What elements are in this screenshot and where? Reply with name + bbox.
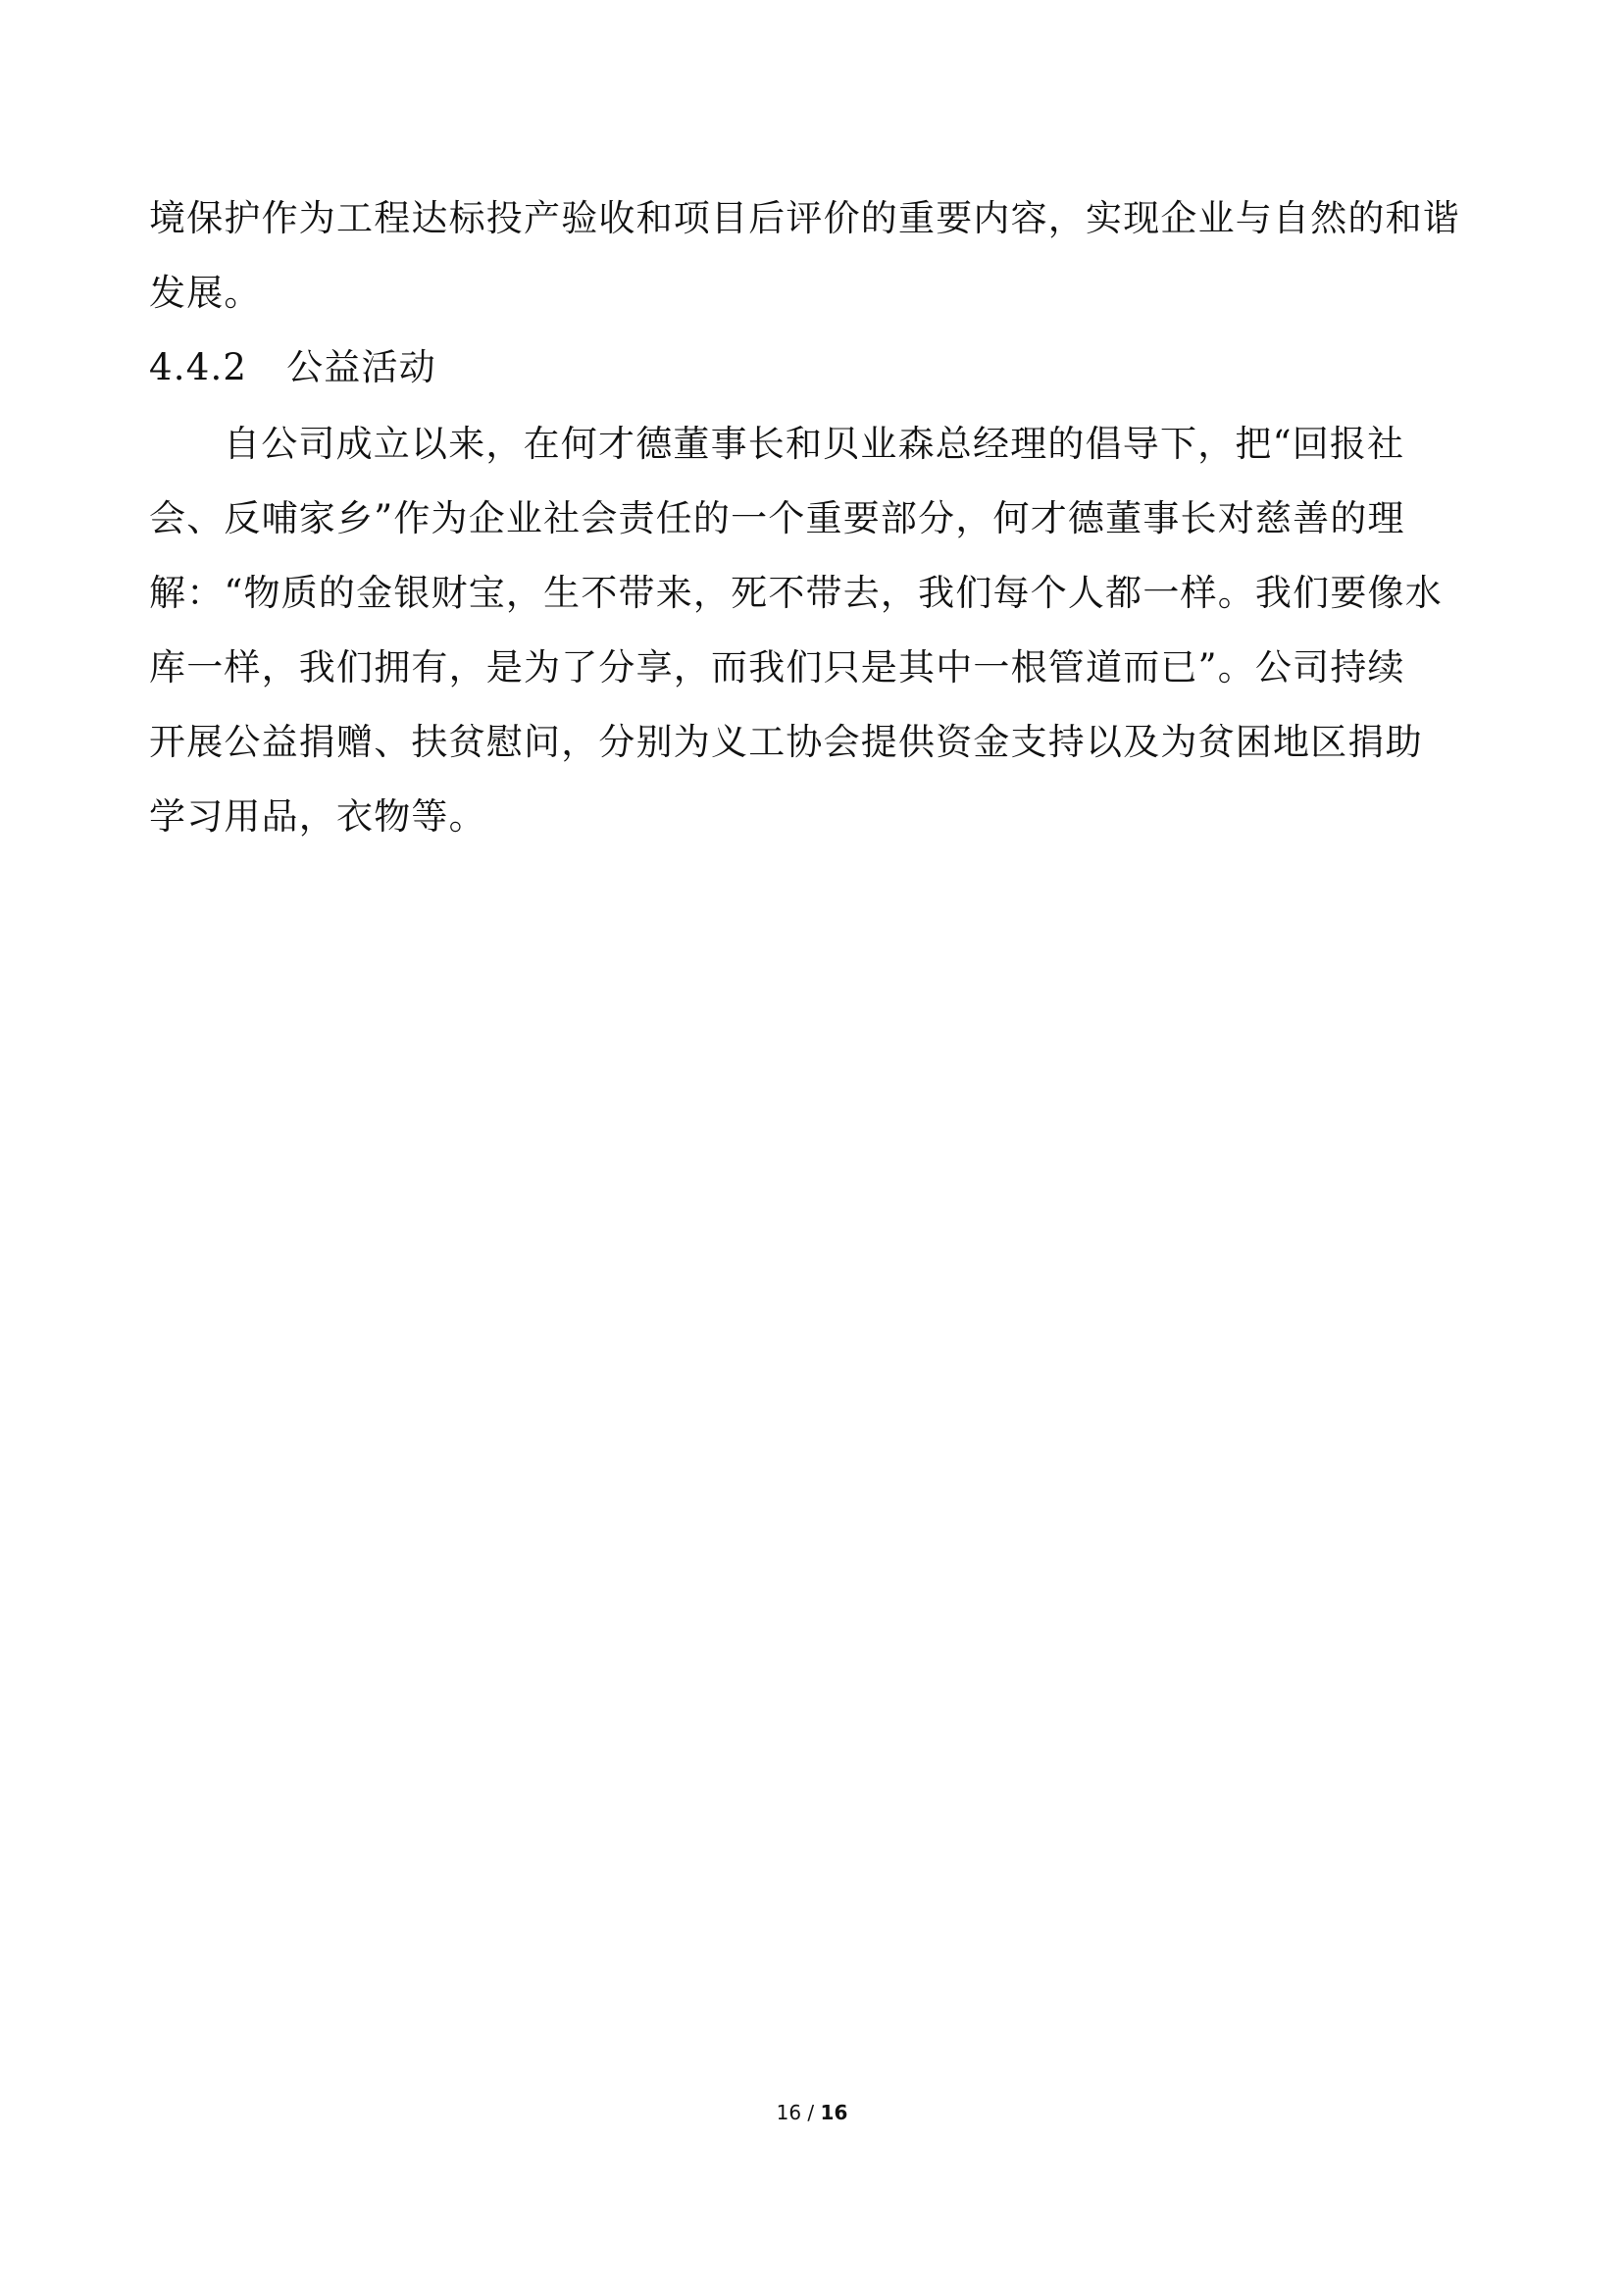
paragraph-line: 发展。 <box>149 269 262 318</box>
section-heading: 4.4.2 公益活动 <box>149 343 436 392</box>
paragraph-line: 开展公益捐赠、扶贫慰问，分别为义工协会提供资金支持以及为贫困地区捐助 <box>149 718 1423 767</box>
total-page-count: 16 <box>821 2101 848 2124</box>
paragraph-line: 境保护作为工程达标投产验收和项目后评价的重要内容，实现企业与自然的和谐 <box>149 194 1460 243</box>
section-title: 公益活动 <box>286 346 436 388</box>
page-separator: / <box>801 2101 820 2124</box>
paragraph-line: 学习用品，衣物等。 <box>149 792 486 841</box>
current-page-number: 16 <box>777 2101 801 2124</box>
page-number-footer: 16 / 16 <box>0 2101 1624 2124</box>
paragraph-line: 解：“物质的金银财宝，生不带来，死不带去，我们每个人都一样。我们要像水 <box>149 569 1443 618</box>
document-page: 境保护作为工程达标投产验收和项目后评价的重要内容，实现企业与自然的和谐 发展。 … <box>0 0 1624 2294</box>
paragraph-line: 库一样，我们拥有，是为了分享，而我们只是其中一根管道而已”。公司持续 <box>149 643 1405 692</box>
paragraph-line: 会、反哺家乡”作为企业社会责任的一个重要部分，何才德董事长对慈善的理 <box>149 494 1405 543</box>
paragraph-line: 自公司成立以来，在何才德董事长和贝业森总经理的倡导下，把“回报社 <box>224 420 1404 469</box>
section-number: 4.4.2 <box>149 346 247 388</box>
